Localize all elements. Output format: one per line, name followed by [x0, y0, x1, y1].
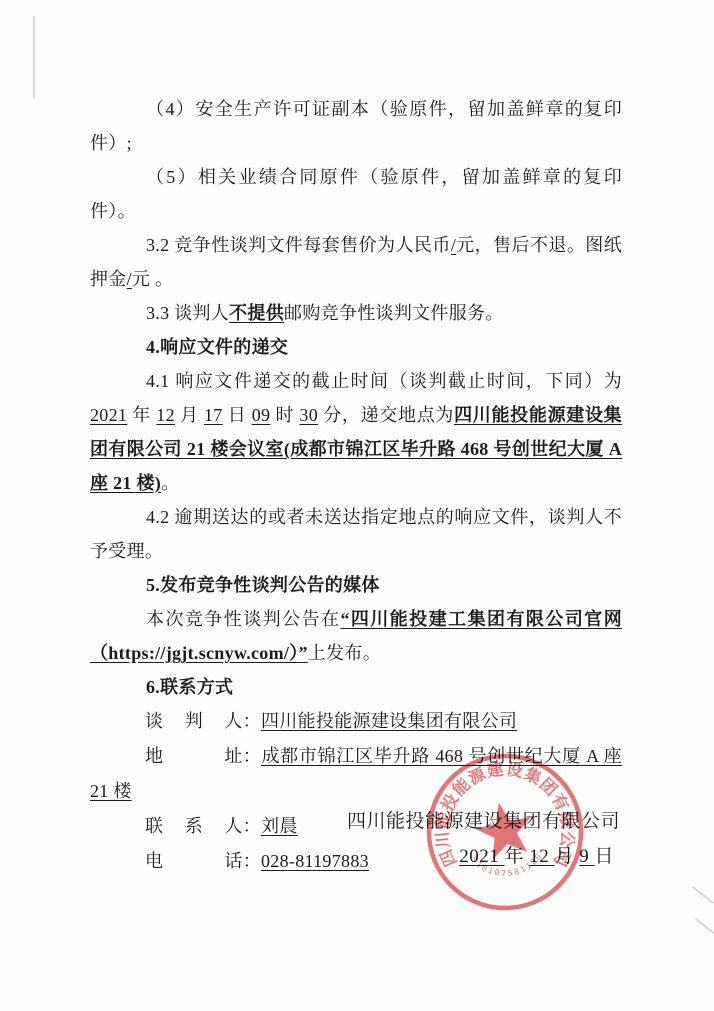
- text-run: 12: [156, 405, 175, 425]
- text-run: 年: [127, 405, 156, 425]
- heading-section-5: 5.发布竞争性谈判公告的媒体: [90, 568, 622, 602]
- contact-label-char: 联: [145, 809, 163, 844]
- contact-label: 谈判人：: [145, 704, 261, 739]
- seal-star: [471, 797, 538, 862]
- text-run: 3.2 竞争性谈判文件每套售价为人民币: [146, 235, 451, 255]
- text-run: 4.2 逾期送达的或者未送达指定地点的响应文件，谈判人不予受理。: [90, 507, 622, 561]
- clause-5-1: 本次竞争性谈判公告在“四川能投建工集团有限公司官网 （https://jgjt.…: [90, 602, 622, 670]
- contact-label-char: 人：: [224, 809, 261, 844]
- text-run: 时: [270, 405, 299, 425]
- text-run: 3.3 谈判人: [146, 303, 229, 323]
- contact-label: 地址：: [145, 739, 261, 774]
- clause-3-3: 3.3 谈判人不提供邮购竞争性谈判文件服务。: [90, 296, 622, 330]
- contact-label-char: 谈: [145, 704, 163, 739]
- company-seal: 四川能投能源建设集团有限公司 5101075811865: [410, 737, 600, 927]
- text-run: 邮购竞争性谈判文件服务。: [284, 303, 504, 323]
- scan-artifact-mark: [692, 886, 714, 904]
- text-run: 日: [223, 405, 252, 425]
- contact-label-char: 系: [185, 809, 203, 844]
- text-run: 5.发布竞争性谈判公告的媒体: [146, 575, 380, 595]
- text-run: （5）相关业绩合同原件（验原件，留加盖鲜章的复印件）。: [90, 167, 622, 221]
- contact-label-char: 判: [185, 704, 203, 739]
- heading-section-6: 6.联系方式: [90, 670, 622, 704]
- text-run: 4.响应文件的递交: [146, 337, 288, 357]
- scan-artifact-line: [33, 16, 35, 98]
- contact-label-char: 电: [145, 844, 163, 879]
- text-run: 17: [204, 405, 223, 425]
- text-run: 元 。: [132, 269, 173, 289]
- text-run: 上发布。: [308, 643, 381, 663]
- scan-artifact-mark: [695, 918, 714, 936]
- text-run: 6.联系方式: [146, 677, 233, 697]
- text-run: 。: [161, 473, 179, 493]
- contact-label-char: 话：: [224, 844, 261, 879]
- list-item-5: （5）相关业绩合同原件（验原件，留加盖鲜章的复印件）。: [90, 160, 622, 228]
- text-run: 09: [252, 405, 271, 425]
- clause-3-2: 3.2 竞争性谈判文件每套售价为人民币/元，售后不退。图纸押金/元 。: [90, 228, 622, 296]
- contact-label-char: 人：: [224, 704, 261, 739]
- text-run: 分，递交地点为: [318, 405, 454, 425]
- clause-4-1: 4.1 响应文件递交的截止时间（谈判截止时间，下同）为 2021 年 12 月 …: [90, 364, 622, 500]
- contact-label: 联系人：: [145, 809, 261, 844]
- contact-label-char: 址：: [224, 739, 261, 774]
- contact-label-char: 地: [145, 739, 163, 774]
- text-run: 不提供: [229, 303, 284, 323]
- text-run: 2021: [90, 405, 127, 425]
- contact-value: 四川能投能源建设集团有限公司: [261, 711, 517, 731]
- clause-4-2: 4.2 逾期送达的或者未送达指定地点的响应文件，谈判人不予受理。: [90, 500, 622, 568]
- list-item-4: （4）安全生产许可证副本（验原件，留加盖鲜章的复印件）;: [90, 92, 622, 160]
- heading-section-4: 4.响应文件的递交: [90, 330, 622, 364]
- contact-label: 电话：: [145, 844, 261, 879]
- text-run: 月: [175, 405, 204, 425]
- text-run: （4）安全生产许可证副本（验原件，留加盖鲜章的复印件）;: [90, 99, 622, 153]
- contact-value: 刘晨: [261, 816, 298, 836]
- document-page: （4）安全生产许可证副本（验原件，留加盖鲜章的复印件）; （5）相关业绩合同原件…: [0, 0, 714, 1011]
- text-run: 30: [299, 405, 318, 425]
- text-run: 4.1 响应文件递交的截止时间（谈判截止时间，下同）为: [146, 371, 622, 391]
- contact-row: 谈判人：四川能投能源建设集团有限公司: [90, 704, 622, 739]
- text-run: 本次竞争性谈判公告在: [146, 609, 340, 629]
